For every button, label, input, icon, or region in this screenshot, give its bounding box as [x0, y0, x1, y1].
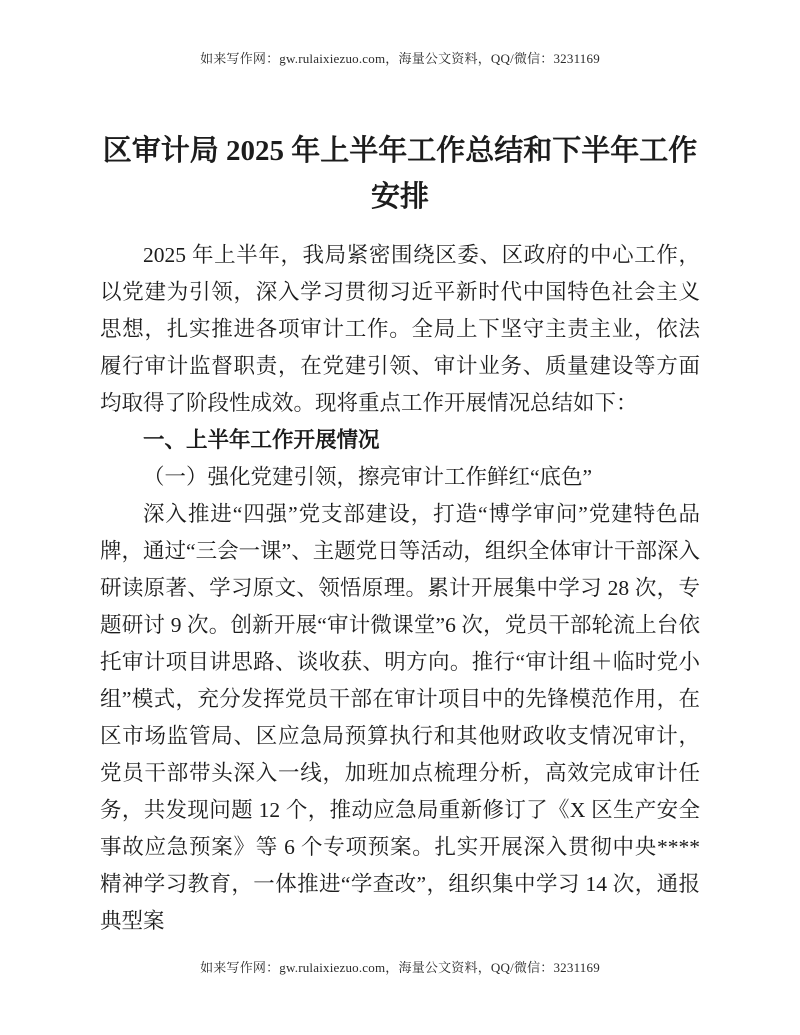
page-footer-watermark: 如来写作网：gw.rulaixiezuo.com，海量公文资料，QQ/微信：32…: [0, 957, 800, 976]
subsection-heading-party-building: （一）强化党建引领，擦亮审计工作鲜红“底色”: [100, 459, 700, 496]
page-header-watermark: 如来写作网：gw.rulaixiezuo.com，海量公文资料，QQ/微信：32…: [0, 48, 800, 67]
document-page: 如来写作网：gw.rulaixiezuo.com，海量公文资料，QQ/微信：32…: [0, 0, 800, 1035]
document-body: 2025 年上半年，我局紧密围绕区委、区政府的中心工作，以党建为引领，深入学习贯…: [100, 237, 700, 940]
paragraph-party-building-detail: 深入推进“四强”党支部建设，打造“博学审问”党建特色品牌，通过“三会一课”、主题…: [100, 496, 700, 940]
document-title: 区审计局 2025 年上半年工作总结和下半年工作安排: [100, 128, 700, 220]
section-heading-first-half-work: 一、上半年工作开展情况: [100, 422, 700, 459]
paragraph-intro: 2025 年上半年，我局紧密围绕区委、区政府的中心工作，以党建为引领，深入学习贯…: [100, 237, 700, 422]
